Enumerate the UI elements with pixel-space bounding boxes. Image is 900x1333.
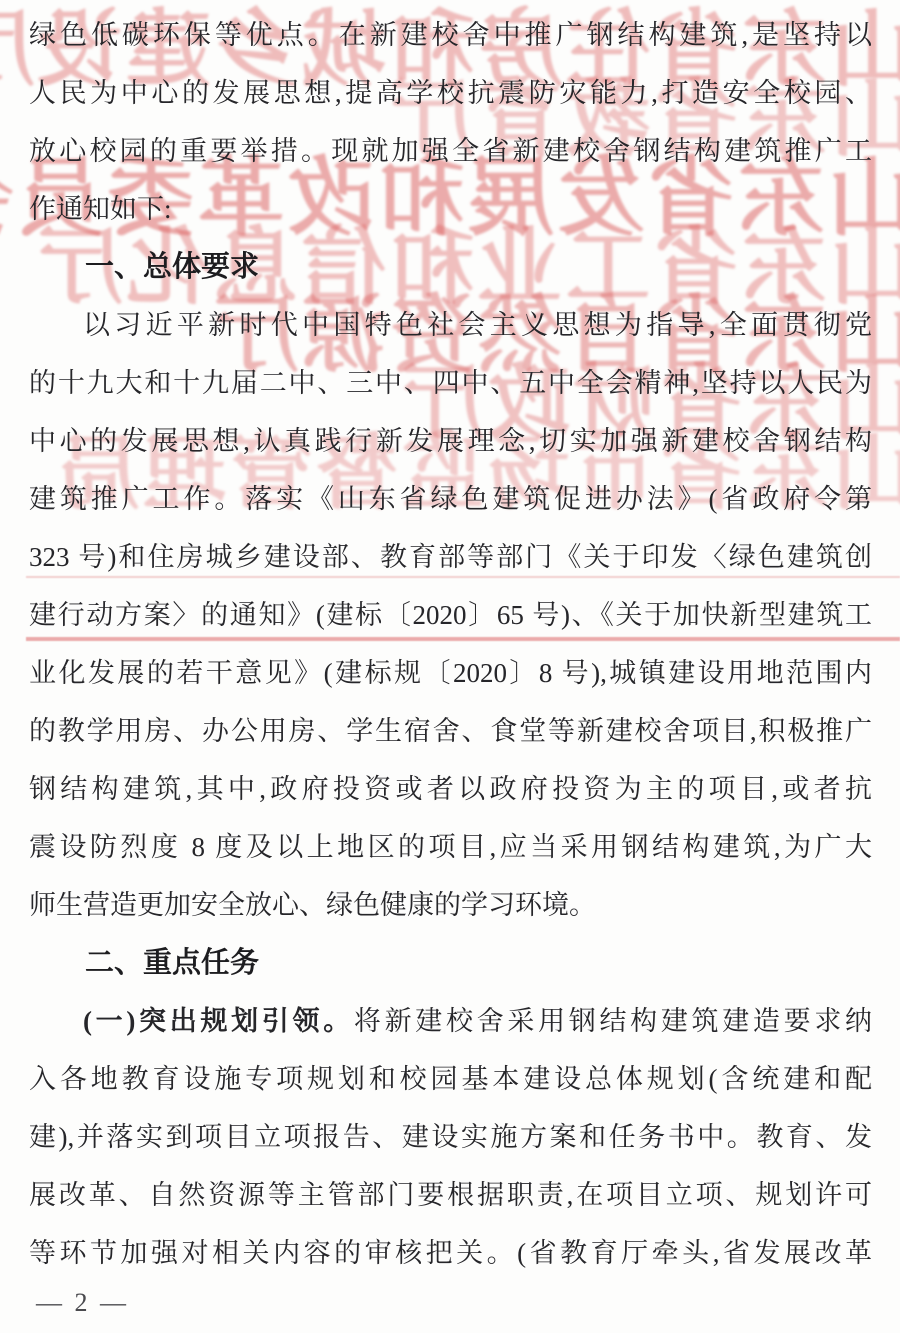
text-line: 人民为中心的发展思想,提高学校抗震防灾能力,打造安全校园、 — [29, 64, 872, 122]
text-line: 的十九大和十九届二中、三中、四中、五中全会精神,坚持以人民为 — [29, 354, 872, 412]
text-line: (一)突出规划引领。将新建校舍采用钢结构建筑建造要求纳 — [29, 992, 872, 1050]
text-line: 业化发展的若干意见》(建标规〔2020〕8 号),城镇建设用地范围内 — [29, 644, 872, 702]
text-line: 入各地教育设施专项规划和校园基本建设总体规划(含统建和配 — [29, 1050, 872, 1108]
page-number: — 2 — — [36, 1288, 129, 1318]
text-line: 绿色低碳环保等优点。在新建校舍中推广钢结构建筑,是坚持以 — [29, 6, 872, 64]
text-line: 震设防烈度 8 度及以上地区的项目,应当采用钢结构建筑,为广大 — [29, 818, 872, 876]
text-line: 钢结构建筑,其中,政府投资或者以政府投资为主的项目,或者抗 — [29, 760, 872, 818]
text-line: 的教学用房、办公用房、学生宿舍、食堂等新建校舍项目,积极推广 — [29, 702, 872, 760]
bold-lead-text: (一)突出规划引领。 — [83, 1006, 354, 1036]
text-line: 师生营造更加安全放心、绿色健康的学习环境。 — [29, 876, 872, 934]
text-line: 323 号)和住房城乡建设部、教育部等部门《关于印发〈绿色建筑创 — [29, 528, 872, 586]
text-line: 建行动方案〉的通知》(建标〔2020〕65 号)、《关于加快新型建筑工 — [29, 586, 872, 644]
text-line: 建筑推广工作。落实《山东省绿色建筑促进办法》(省政府令第 — [29, 470, 872, 528]
section-heading: 一、总体要求 — [29, 238, 872, 296]
text-line: 放心校园的重要举措。现就加强全省新建校舍钢结构建筑推广工 — [29, 122, 872, 180]
text-line: 以习近平新时代中国特色社会主义思想为指导,全面贯彻党 — [29, 296, 872, 354]
text-line: 中心的发展思想,认真践行新发展理念,切实加强新建校舍钢结构 — [29, 412, 872, 470]
scanned-document-page: 山东省住房和城乡建设厅山东省教育厅山东省发展和改革委员会山东省工业和信息化厅山东… — [0, 0, 900, 1333]
text-line: 展改革、自然资源等主管部门要根据职责,在项目立项、规划许可 — [29, 1166, 872, 1224]
document-body: 绿色低碳环保等优点。在新建校舍中推广钢结构建筑,是坚持以人民为中心的发展思想,提… — [29, 6, 872, 1282]
text-line: 建),并落实到项目立项报告、建设实施方案和任务书中。教育、发 — [29, 1108, 872, 1166]
text-line: 作通知如下: — [29, 180, 872, 238]
section-heading: 二、重点任务 — [29, 934, 872, 992]
text-line: 等环节加强对相关内容的审核把关。(省教育厅牵头,省发展改革 — [29, 1224, 872, 1282]
